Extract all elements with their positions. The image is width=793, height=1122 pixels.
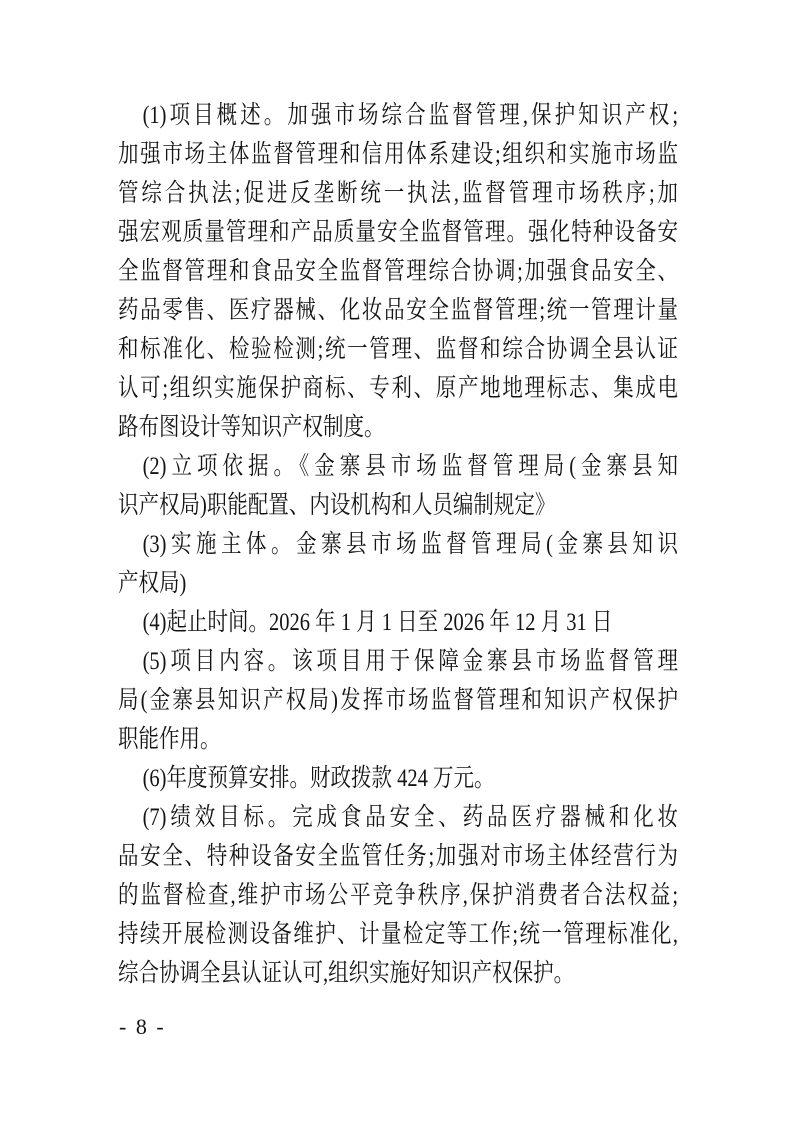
paragraph-1-project-overview: (1)项目概述。加强市场综合监督管理,保护知识产权; 加强市场主体监督管理和信用… — [118, 96, 678, 447]
text-line: 识产权局)职能配置、内设机构和人员编制规定》 — [118, 486, 678, 525]
text-line: 加强市场主体监督管理和信用体系建设;组织和实施市场监 — [118, 135, 678, 174]
text-line: 局(金寨县知识产权局)发挥市场监督管理和知识产权保护 — [118, 681, 678, 720]
paragraph-2-approval-basis: (2)立项依据。《金寨县市场监督管理局(金寨县知 识产权局)职能配置、内设机构和… — [118, 447, 678, 525]
text-line: 综合协调全县认证认可,组织实施好知识产权保护。 — [118, 954, 678, 993]
paragraph-3-implementing-body: (3)实施主体。金寨县市场监督管理局(金寨县知识 产权局) — [118, 525, 678, 603]
text-line: 认可;组织实施保护商标、专利、原产地地理标志、集成电 — [118, 369, 678, 408]
text-line: (5)项目内容。该项目用于保障金寨县市场监督管理 — [118, 642, 678, 681]
text-line: 持续开展检测设备维护、计量检定等工作;统一管理标准化, — [118, 915, 678, 954]
text-line: 的监督检查,维护市场公平竞争秩序,保护消费者合法权益; — [118, 876, 678, 915]
paragraph-6-annual-budget: (6)年度预算安排。财政拨款 424 万元。 — [118, 759, 678, 798]
text-line: 和标准化、检验检测;统一管理、监督和综合协调全县认证 — [118, 330, 678, 369]
text-line: 路布图设计等知识产权制度。 — [118, 408, 678, 447]
paragraph-7-performance-goals: (7)绩效目标。完成食品安全、药品医疗器械和化妆 品安全、特种设备安全监管任务;… — [118, 798, 678, 993]
document-body: (1)项目概述。加强市场综合监督管理,保护知识产权; 加强市场主体监督管理和信用… — [118, 96, 678, 993]
page-number: - 8 - — [119, 1014, 166, 1040]
text-line: 品安全、特种设备安全监管任务;加强对市场主体经营行为 — [118, 837, 678, 876]
text-line: (3)实施主体。金寨县市场监督管理局(金寨县知识 — [118, 525, 678, 564]
text-line: (1)项目概述。加强市场综合监督管理,保护知识产权; — [118, 96, 678, 135]
text-line: 全监督管理和食品安全监督管理综合协调;加强食品安全、 — [118, 252, 678, 291]
paragraph-5-project-content: (5)项目内容。该项目用于保障金寨县市场监督管理 局(金寨县知识产权局)发挥市场… — [118, 642, 678, 759]
text-line: 管综合执法;促进反垄断统一执法,监督管理市场秩序;加 — [118, 174, 678, 213]
text-line: 强宏观质量管理和产品质量安全监督管理。强化特种设备安 — [118, 213, 678, 252]
text-line: (2)立项依据。《金寨县市场监督管理局(金寨县知 — [118, 447, 678, 486]
paragraph-4-time-period: (4)起止时间。2026 年 1 月 1 日至 2026 年 12 月 31 日 — [118, 603, 678, 642]
text-line: (6)年度预算安排。财政拨款 424 万元。 — [118, 759, 678, 798]
text-line: 产权局) — [118, 564, 678, 603]
text-line: 职能作用。 — [118, 720, 678, 759]
text-line: (7)绩效目标。完成食品安全、药品医疗器械和化妆 — [118, 798, 678, 837]
text-line: (4)起止时间。2026 年 1 月 1 日至 2026 年 12 月 31 日 — [118, 603, 678, 642]
text-line: 药品零售、医疗器械、化妆品安全监督管理;统一管理计量 — [118, 291, 678, 330]
document-page: (1)项目概述。加强市场综合监督管理,保护知识产权; 加强市场主体监督管理和信用… — [0, 0, 793, 1122]
